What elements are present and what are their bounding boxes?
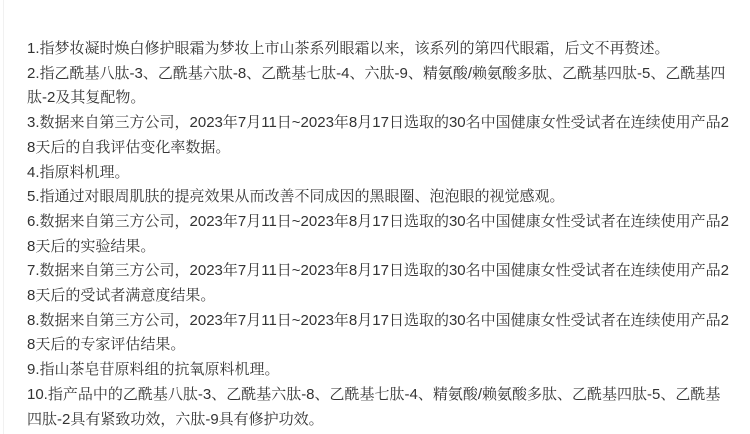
footnote-2: 2.指乙酰基八肽-3、乙酰基六肽-8、乙酰基七肽-4、六肽-9、精氨酸/赖氨酸多…: [27, 62, 734, 111]
product-footnotes-page: 1.指梦妆凝时焕白修护眼霜为梦妆上市山茶系列眼霜以来，该系列的第四代眼霜，后文不…: [0, 0, 750, 434]
footnote-9: 9.指山茶皂苷原料组的抗氧原料机理。: [27, 358, 734, 383]
left-edge-line: [3, 0, 4, 434]
footnote-5: 5.指通过对眼周肌肤的提亮效果从而改善不同成因的黑眼圈、泡泡眼的视觉感观。: [27, 185, 734, 210]
footnote-3: 3.数据来自第三方公司，2023年7月11日~2023年8月17日选取的30名中…: [27, 111, 734, 160]
footnote-1: 1.指梦妆凝时焕白修护眼霜为梦妆上市山茶系列眼霜以来，该系列的第四代眼霜，后文不…: [27, 37, 734, 62]
footnote-4: 4.指原料机理。: [27, 161, 734, 186]
footnote-6: 6.数据来自第三方公司，2023年7月11日~2023年8月17日选取的30名中…: [27, 210, 734, 259]
footnote-10: 10.指产品中的乙酰基八肽-3、乙酰基六肽-8、乙酰基七肽-4、精氨酸/赖氨酸多…: [27, 383, 734, 432]
footnote-8: 8.数据来自第三方公司，2023年7月11日~2023年8月17日选取的30名中…: [27, 309, 734, 358]
footnote-7: 7.数据来自第三方公司，2023年7月11日~2023年8月17日选取的30名中…: [27, 259, 734, 308]
footnote-list: 1.指梦妆凝时焕白修护眼霜为梦妆上市山茶系列眼霜以来，该系列的第四代眼霜，后文不…: [0, 0, 750, 432]
